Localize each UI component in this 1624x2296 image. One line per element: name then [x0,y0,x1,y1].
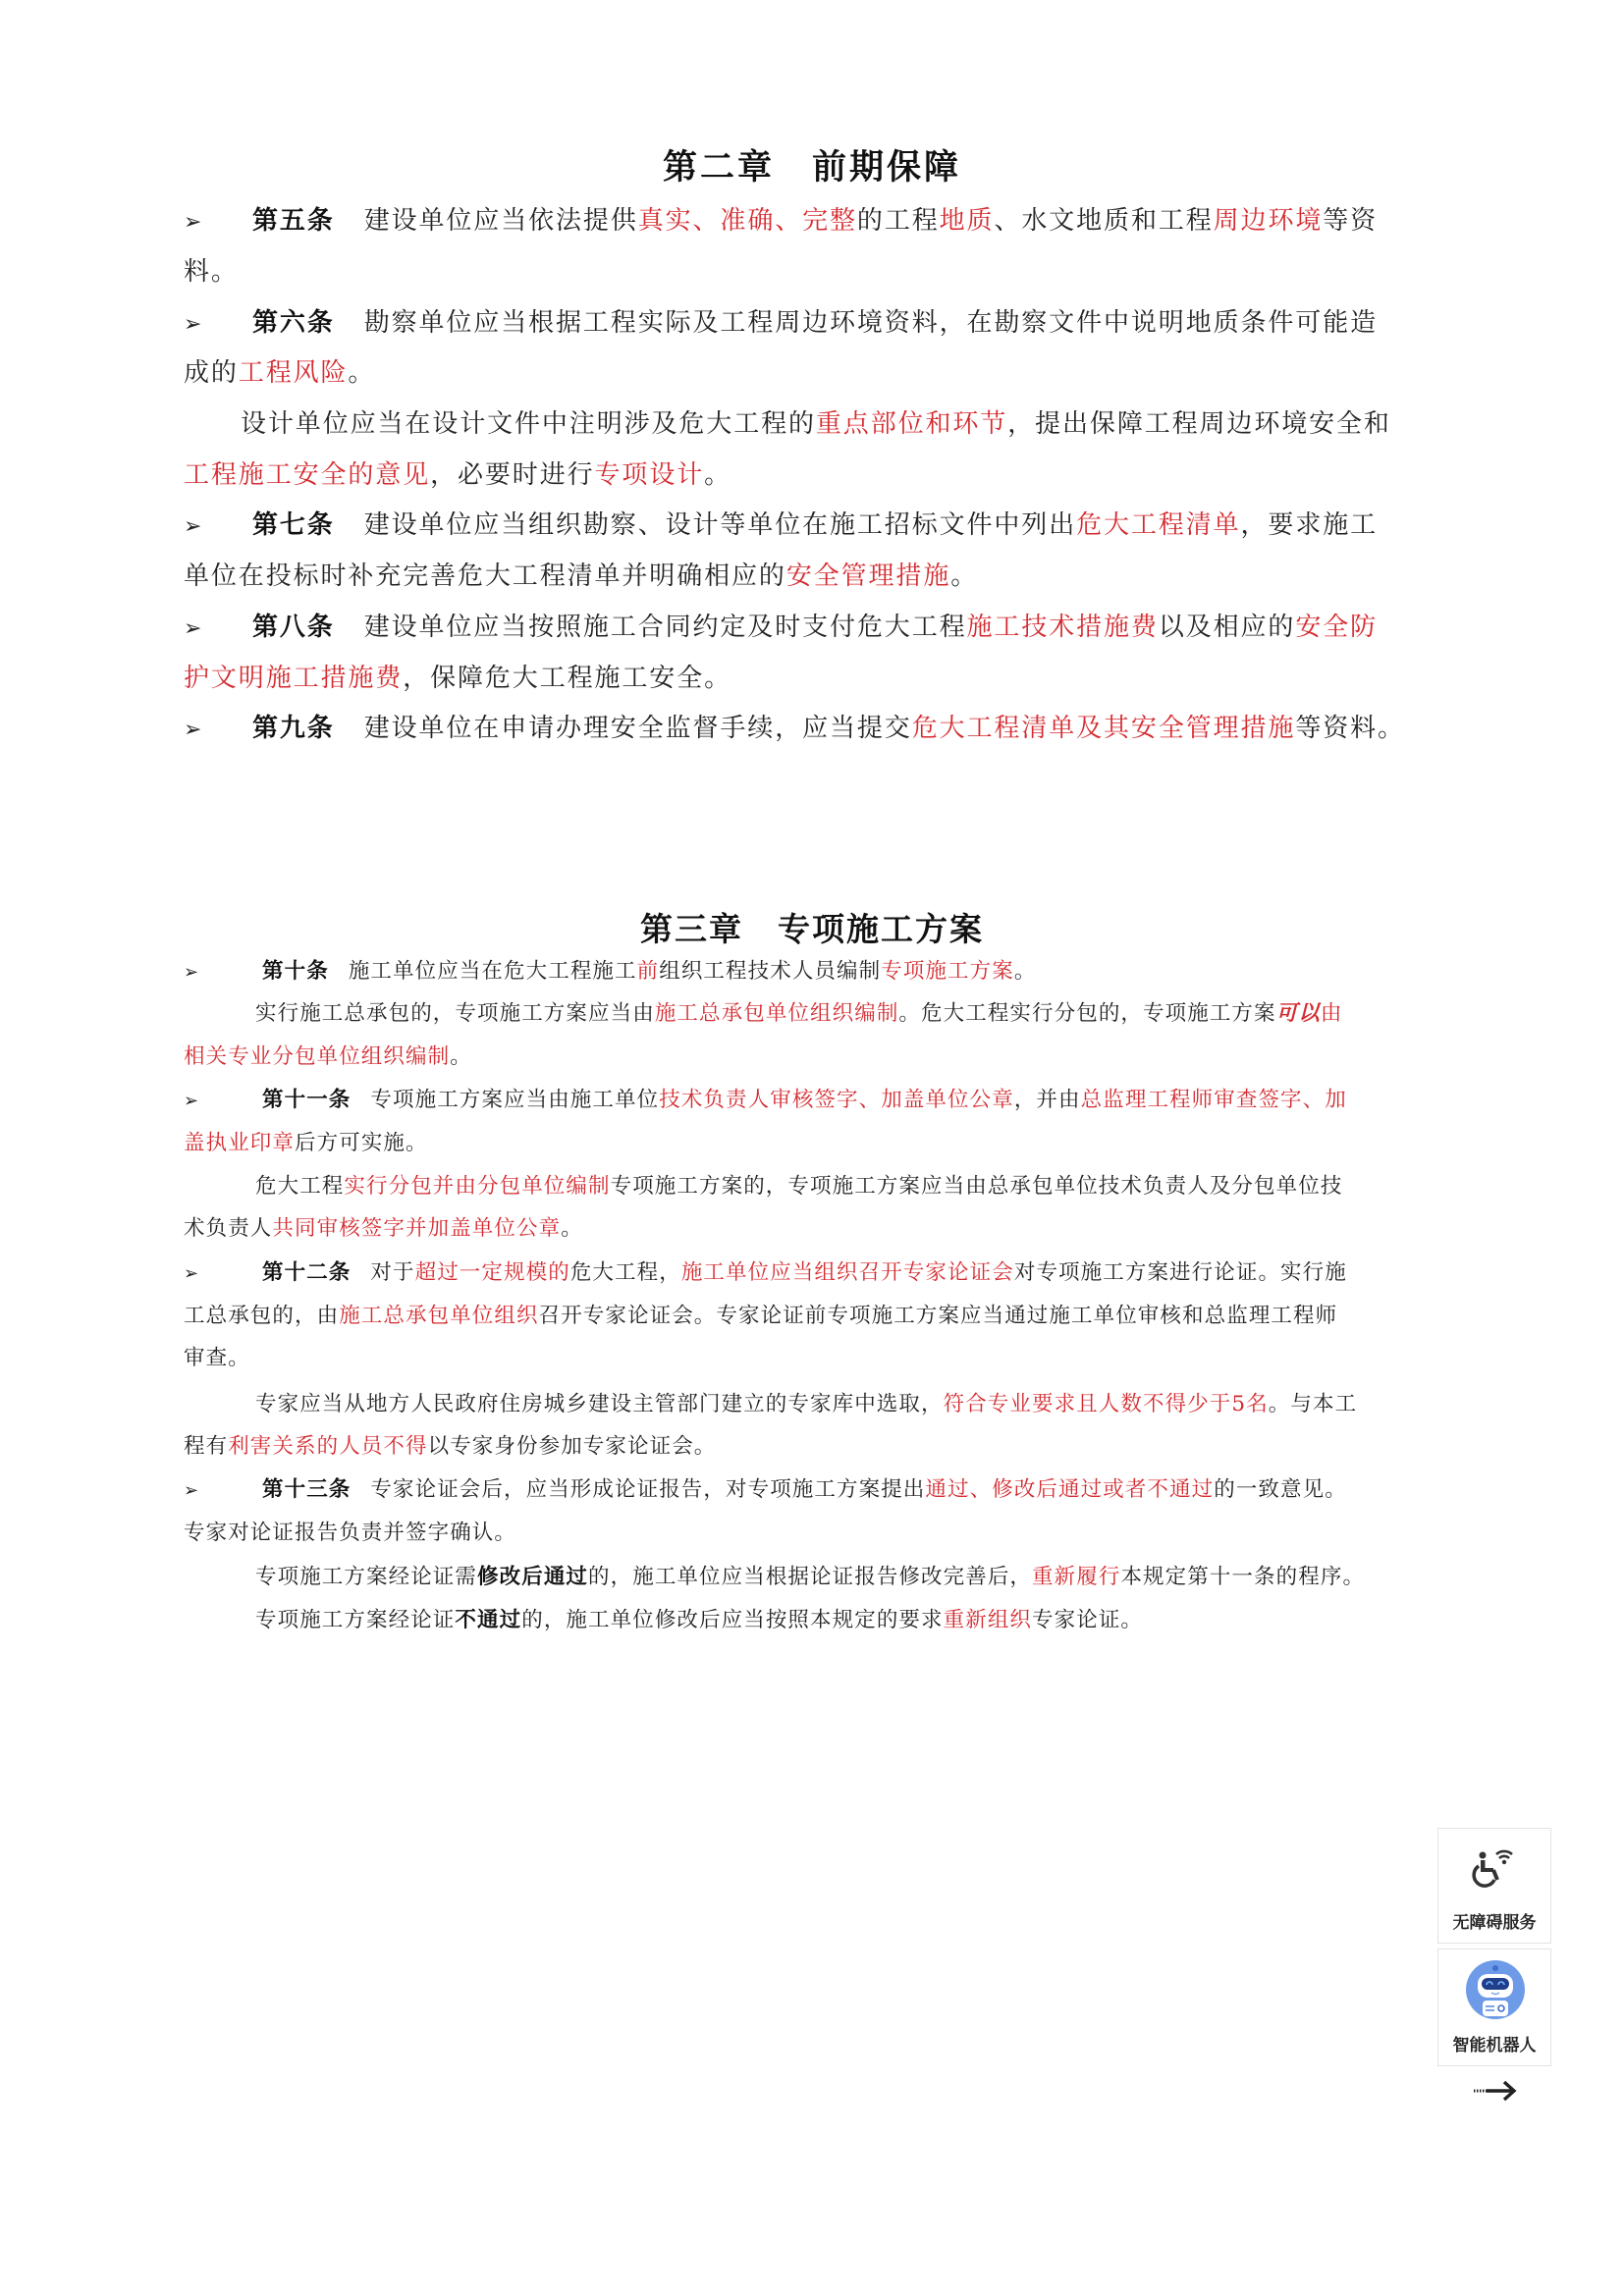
text-segment: 危大工程， [570,1260,681,1285]
highlighted-text: 工程风险 [239,358,349,388]
highlighted-text: 共同审核签字并加盖单位公章 [272,1216,561,1241]
text-segment: 专家对论证报告负责并签字确认。 [184,1521,516,1545]
bullet-arrow-icon: ➢ [184,1088,193,1115]
paragraph-line: 成的工程风险。 [184,357,375,389]
bullet-arrow-icon: ➢ [184,614,193,645]
text-segment: ，要求施工 [1241,510,1379,540]
text-segment: 危大工程 [255,1174,344,1199]
chapter-2-title: 第二章 前期保障 [0,140,1624,189]
text-segment: 建设单位在申请办理安全监督手续，应当提交 [364,714,912,743]
text-segment: 单位在投标时补充完善危大工程清单并明确相应的 [184,561,786,591]
text-segment: 等资 [1323,206,1378,236]
text-segment: 对于 [370,1260,414,1285]
highlighted-text: 重新组织 [944,1608,1032,1632]
paragraph-line: 单位在投标时补充完善危大工程清单并明确相应的安全管理措施。 [184,561,978,592]
accessibility-service-label: 无障碍服务 [1438,1908,1550,1933]
text-segment: 等资料。 [1295,714,1405,743]
text-segment: 建设单位应当依法提供 [364,206,638,236]
text-segment: 术负责人 [184,1216,272,1241]
article-line: ➢第六条勘察单位应当根据工程实际及工程周边环境资料，在勘察文件中说明地质条件可能… [184,307,1378,341]
highlighted-text: 重新履行 [1032,1565,1120,1589]
text-segment: 专项施工方案的，专项施工方案应当由总承包单位技术负责人及分包单位技 [611,1174,1343,1199]
highlighted-text: 专项设计 [595,460,705,490]
article-line: ➢第八条建设单位应当按照施工合同约定及时支付危大工程施工技术措施费以及相应的安全… [184,612,1378,645]
paragraph-line: 设计单位应当在设计文件中注明涉及危大工程的重点部位和环节，提出保障工程周边环境安… [241,408,1391,440]
text-segment: 料。 [184,257,239,287]
paragraph-line: 相关专业分包单位组织编制。 [184,1043,472,1071]
bullet-arrow-icon: ➢ [184,959,193,987]
article-number: 第九条 [252,714,335,743]
text-segment: 专项施工方案应当由施工单位 [370,1088,659,1112]
article-number: 第七条 [252,510,335,540]
article-line: ➢第九条建设单位在申请办理安全监督手续，应当提交危大工程清单及其安全管理措施等资… [184,713,1405,746]
paragraph-line: 专项施工方案经论证不通过的，施工单位修改后应当按照本规定的要求重新组织专家论证。 [255,1607,1143,1634]
text-segment: 实行施工总承包的，专项施工方案应当由 [255,1001,655,1026]
paragraph-line: 工总承包的，由施工总承包单位组织召开专家论证会。专家论证前专项施工方案应当通过施… [184,1303,1337,1330]
document-page: 第二章 前期保障 ➢第五条建设单位应当依法提供真实、准确、完整的工程地质、水文地… [0,0,1624,2296]
text-segment: 程有 [184,1434,228,1459]
wheelchair-wifi-icon [1471,1846,1516,1892]
bullet-arrow-icon: ➢ [184,715,193,746]
text-segment: 专家论证。 [1032,1608,1143,1632]
bullet-arrow-icon: ➢ [184,1477,193,1505]
highlighted-text: 危大工程清单 [1076,510,1240,540]
text-segment: ，提出保障工程周边环境安全和 [1007,409,1391,439]
text-segment: 专家应当从地方人民政府住房城乡建设主管部门建立的专家库中选取， [255,1392,944,1416]
bullet-arrow-icon: ➢ [184,309,193,341]
article-number: 第六条 [252,308,335,338]
article-line: ➢第十一条专项施工方案应当由施工单位技术负责人审核签字、加盖单位公章，并由总监理… [184,1087,1347,1115]
text-segment: 。 [450,1044,472,1069]
text-segment: 成的 [184,358,239,388]
paragraph-line: 护文明施工措施费，保障危大工程施工安全。 [184,663,731,694]
article-number: 第十条 [262,959,329,984]
highlighted-text: 盖执业印章 [184,1131,295,1155]
article-number: 第十三条 [262,1477,351,1502]
chapter-3-title: 第三章 专项施工方案 [0,904,1624,950]
article-line: ➢第五条建设单位应当依法提供真实、准确、完整的工程地质、水文地质和工程周边环境等… [184,205,1378,239]
text-segment: 以及相应的 [1159,613,1296,642]
text-segment: 、水文地质和工程 [994,206,1213,236]
paragraph-line: 专项施工方案经论证需修改后通过的，施工单位应当根据论证报告修改完善后，重新履行本… [255,1564,1365,1591]
article-number: 第十二条 [262,1260,351,1285]
text-segment: 工总承包的，由 [184,1304,339,1328]
highlighted-text: 可以 [1276,1001,1321,1026]
highlighted-text: 不通过 [455,1608,521,1632]
highlighted-text: 真实、准确、完整 [638,206,857,236]
paragraph-line: 术负责人共同审核签字并加盖单位公章。 [184,1215,583,1243]
highlighted-text: 安全管理措施 [786,561,950,591]
highlighted-text: 超过一定规模的 [415,1260,570,1285]
bullet-arrow-icon: ➢ [184,1260,193,1288]
highlighted-text: 专项施工方案 [881,959,1014,984]
text-segment: 。 [561,1216,583,1241]
paragraph-line: 工程施工安全的意见，必要时进行专项设计。 [184,459,731,491]
text-segment: 的，施工单位应当根据论证报告修改完善后， [588,1565,1032,1589]
smart-robot-button[interactable]: 智能机器人 [1437,1949,1551,2066]
article-line: ➢第十二条对于超过一定规模的危大工程，施工单位应当组织召开专家论证会对专项施工方… [184,1259,1347,1288]
paragraph-line: 料。 [184,256,239,288]
text-segment: 组织工程技术人员编制 [659,959,881,984]
paragraph-line: 实行施工总承包的，专项施工方案应当由施工总承包单位组织编制。危大工程实行分包的，… [255,1000,1342,1028]
smart-robot-label: 智能机器人 [1438,2031,1550,2056]
text-segment: 建设单位应当按照施工合同约定及时支付危大工程 [364,613,967,642]
highlighted-text: 施工技术措施费 [967,613,1159,642]
arrow-right-icon[interactable] [1473,2079,1518,2103]
highlighted-text: 符合专业要求且人数不得少于5名 [944,1392,1269,1416]
highlighted-text: 地质 [940,206,995,236]
highlighted-text: 施工单位应当组织召开专家论证会 [681,1260,1014,1285]
text-segment: 的，施工单位修改后应当按照本规定的要求 [521,1608,943,1632]
paragraph-line: 危大工程实行分包并由分包单位编制专项施工方案的，专项施工方案应当由总承包单位技术… [255,1173,1342,1201]
highlighted-text: 护文明施工措施费 [184,664,403,693]
article-number: 第十一条 [262,1088,351,1112]
text-segment: 专家论证会后，应当形成论证报告，对专项施工方案提出 [370,1477,925,1502]
article-line: ➢第七条建设单位应当组织勘察、设计等单位在施工招标文件中列出危大工程清单，要求施… [184,509,1378,543]
article-number: 第八条 [252,613,335,642]
text-segment: 勘察单位应当根据工程实际及工程周边环境资料，在勘察文件中说明地质条件可能造 [364,308,1378,338]
highlighted-text: 前 [637,959,660,984]
paragraph-line: 审查。 [184,1345,250,1372]
text-segment: ，并由 [1014,1088,1081,1112]
text-segment: 本规定第十一条的程序。 [1120,1565,1365,1589]
article-line: ➢第十三条专家论证会后，应当形成论证报告，对专项施工方案提出通过、修改后通过或者… [184,1476,1347,1505]
highlighted-text: 重点部位和环节 [816,409,1007,439]
highlighted-text: 技术负责人审核签字、加盖单位公章 [659,1088,1014,1112]
text-segment: 。 [950,561,978,591]
text-segment: ，保障危大工程施工安全。 [403,664,731,693]
text-segment: 对专项施工方案进行论证。实行施 [1014,1260,1347,1285]
text-segment: 后方可实施。 [295,1131,428,1155]
bullet-arrow-icon: ➢ [184,511,193,543]
highlighted-text: 修改后通过 [477,1565,588,1589]
text-segment: 。 [1014,959,1037,984]
highlighted-text: 利害关系的人员不得 [228,1434,427,1459]
highlighted-text: 相关专业分包单位组织编制 [184,1044,450,1069]
highlighted-text: 由 [1321,1001,1343,1026]
robot-icon [1465,1959,1526,2020]
text-segment: 专项施工方案经论证需 [255,1565,477,1589]
highlighted-text: 危大工程清单及其安全管理措施 [912,714,1296,743]
text-segment: 的工程 [857,206,940,236]
highlighted-text: 施工总承包单位组织 [339,1304,538,1328]
text-segment: 。与本工 [1269,1392,1357,1416]
highlighted-text: 实行分包并由分包单位编制 [344,1174,610,1199]
highlighted-text: 总监理工程师审查签字、加 [1081,1088,1347,1112]
bullet-arrow-icon: ➢ [184,207,193,239]
paragraph-line: 专家对论证报告负责并签字确认。 [184,1520,516,1547]
highlighted-text: 通过、修改后通过或者不通过 [925,1477,1214,1502]
article-line: ➢第十条施工单位应当在危大工程施工前组织工程技术人员编制专项施工方案。 [184,958,1036,987]
highlighted-text: 周边环境 [1214,206,1324,236]
text-segment: 设计单位应当在设计文件中注明涉及危大工程的 [241,409,816,439]
highlighted-text: 工程施工安全的意见 [184,460,430,490]
highlighted-text: 安全防 [1295,613,1378,642]
text-segment: 。 [704,460,731,490]
paragraph-line: 程有利害关系的人员不得以专家身份参加专家论证会。 [184,1433,716,1461]
article-number: 第五条 [252,206,335,236]
text-segment: 的一致意见。 [1214,1477,1347,1502]
text-segment: 召开专家论证会。专家论证前专项施工方案应当通过施工单位审核和总监理工程师 [539,1304,1338,1328]
text-segment: 施工单位应当在危大工程施工 [349,959,637,984]
text-segment: 专项施工方案经论证 [255,1608,455,1632]
text-segment: ，必要时进行 [430,460,594,490]
highlighted-text: 施工总承包单位组织编制 [655,1001,899,1026]
paragraph-line: 盖执业印章后方可实施。 [184,1130,428,1157]
text-segment: 以专家身份参加专家论证会。 [428,1434,717,1459]
text-segment: 。 [348,358,375,388]
text-segment: 。危大工程实行分包的，专项施工方案 [898,1001,1275,1026]
paragraph-line: 专家应当从地方人民政府住房城乡建设主管部门建立的专家库中选取，符合专业要求且人数… [255,1391,1357,1418]
text-segment: 建设单位应当组织勘察、设计等单位在施工招标文件中列出 [364,510,1076,540]
text-segment: 审查。 [184,1346,250,1370]
accessibility-service-button[interactable]: 无障碍服务 [1437,1828,1551,1944]
